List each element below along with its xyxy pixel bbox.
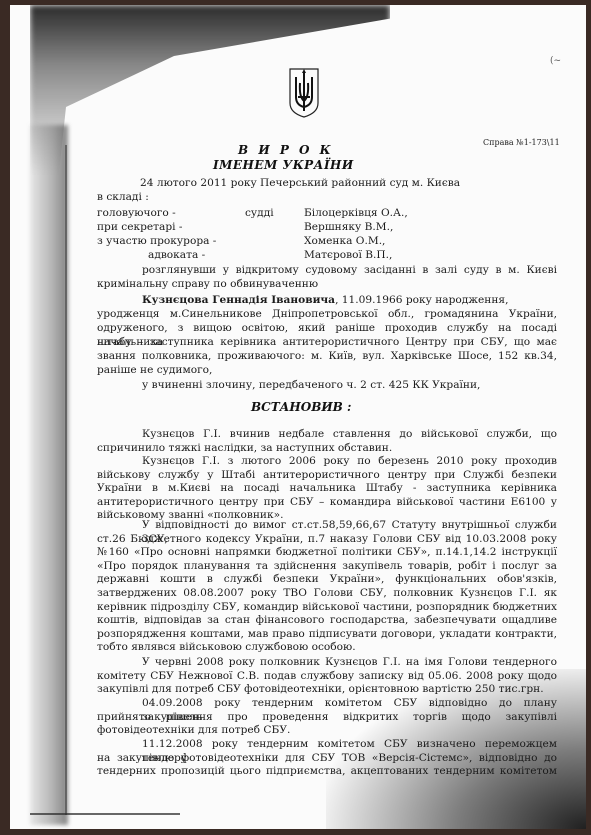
defendant-line-2: уродженця м.Синельникове Дніпропетровськ…	[97, 308, 557, 322]
role-presiding-title: судді	[245, 207, 274, 221]
role-prosecutor-name: Хоменка О.М.,	[304, 235, 385, 249]
paragraph-3-line-10: тобто являвся військовою службовою особо…	[97, 641, 356, 655]
paragraph-3-line-8: коштів, відповідав за стан фінансового г…	[97, 614, 557, 628]
role-secretary: при секретарі -	[97, 221, 182, 235]
paragraph-4-line-3: закупівлі для потреб СБУ фотовідеотехнік…	[97, 683, 544, 697]
role-prosecutor: з участю прокурора -	[97, 235, 216, 249]
paragraph-3-line-6: затверджених 08.08.2007 року ТВО Голови …	[97, 587, 557, 601]
trident-coat-of-arms-icon	[288, 67, 320, 119]
defendant-name: Кузнєцова Геннадія Івановича	[142, 294, 335, 306]
intro-line-1: розглянувши у відкритому судовому засіда…	[142, 264, 557, 278]
paragraph-3-line-5: державні кошти в службі безпеки України»…	[97, 573, 557, 587]
paragraph-2-line-2: військову службу у Штабі антитерористичн…	[97, 469, 557, 483]
role-secretary-name: Вершняку В.М.,	[304, 221, 393, 235]
established-heading: ВСТАНОВИВ :	[251, 400, 351, 414]
defendant-birth: , 11.09.1966 року народження,	[335, 294, 508, 306]
intro-line-2: кримінальну справу по обвинуваченню	[97, 278, 318, 292]
paragraph-4-line-2: комітету СБУ Нежнової С.В. подав службов…	[97, 670, 557, 684]
scan-shadow-left	[30, 125, 68, 825]
paragraph-6-line-2: на закупівлю фотовідеотехніки для СБУ ТО…	[97, 752, 557, 766]
page-edge-line	[65, 145, 67, 815]
defendant-line-6: раніше не судимого,	[97, 364, 212, 378]
handwritten-mark: (~	[550, 56, 561, 66]
defendant-line-4: штабу – заступника керівника антитерорис…	[97, 336, 557, 350]
case-number: Справа №1-173\11	[483, 138, 560, 147]
paragraph-5-line-2: прийнято рішення про проведення відкрити…	[97, 711, 557, 725]
charge-line: у вчиненні злочину, передбаченого ч. 2 с…	[142, 379, 480, 393]
paragraph-3-line-4: «Про порядок планування та здійснення за…	[97, 560, 557, 574]
paragraph-3-line-3: №160 «Про основні напрямки бюджетної пол…	[97, 546, 557, 560]
paragraph-3-line-7: керівник підрозділу СБУ, командир військ…	[97, 601, 557, 615]
role-advocate: адвоката -	[148, 249, 205, 263]
paragraph-2-line-3: України в м.Києві на посаді начальника Ш…	[97, 482, 557, 496]
defendant-line-1: Кузнєцова Геннадія Івановича, 11.09.1966…	[142, 294, 557, 308]
paragraph-6-line-3: тендерних пропозицій цього підприємства,…	[97, 765, 557, 779]
scan-shadow-top	[30, 5, 390, 175]
paragraph-1-line-1: Кузнєцов Г.І. вчинив недбале ставлення д…	[142, 428, 557, 442]
composition-label: в складі :	[97, 191, 149, 205]
defendant-line-5: звання полковника, проживаючого: м. Київ…	[97, 350, 557, 364]
page-bottom-edge	[30, 813, 180, 815]
document-title: В И Р О К	[238, 143, 334, 157]
paragraph-2-line-1: Кузнєцов Г.І. з лютого 2006 року по бере…	[142, 455, 557, 469]
paragraph-3-line-2: ст.26 Бюджетного кодексу України, п.7 на…	[97, 533, 557, 547]
paragraph-4-line-1: У червні 2008 року полковник Кузнєцов Г.…	[142, 656, 557, 670]
document-subtitle: ІМЕНЕМ УКРАЇНИ	[213, 158, 354, 172]
paragraph-5-line-3: фотовідеотехніки для потреб СБУ.	[97, 724, 290, 738]
paragraph-2-line-4: антитерористичного центру при СБУ – кома…	[97, 496, 557, 510]
date-court-line: 24 лютого 2011 року Печерський районний …	[140, 177, 460, 191]
role-advocate-name: Матєрової В.П.,	[304, 249, 392, 263]
role-presiding-name: Білоцерківця О.А.,	[304, 207, 408, 221]
paragraph-1-line-2: спричинило тяжкі наслідки, за наступних …	[97, 442, 392, 456]
paragraph-3-line-9: розпорядження коштами, мав право підпису…	[97, 628, 557, 642]
role-presiding: головуючого -	[97, 207, 176, 221]
